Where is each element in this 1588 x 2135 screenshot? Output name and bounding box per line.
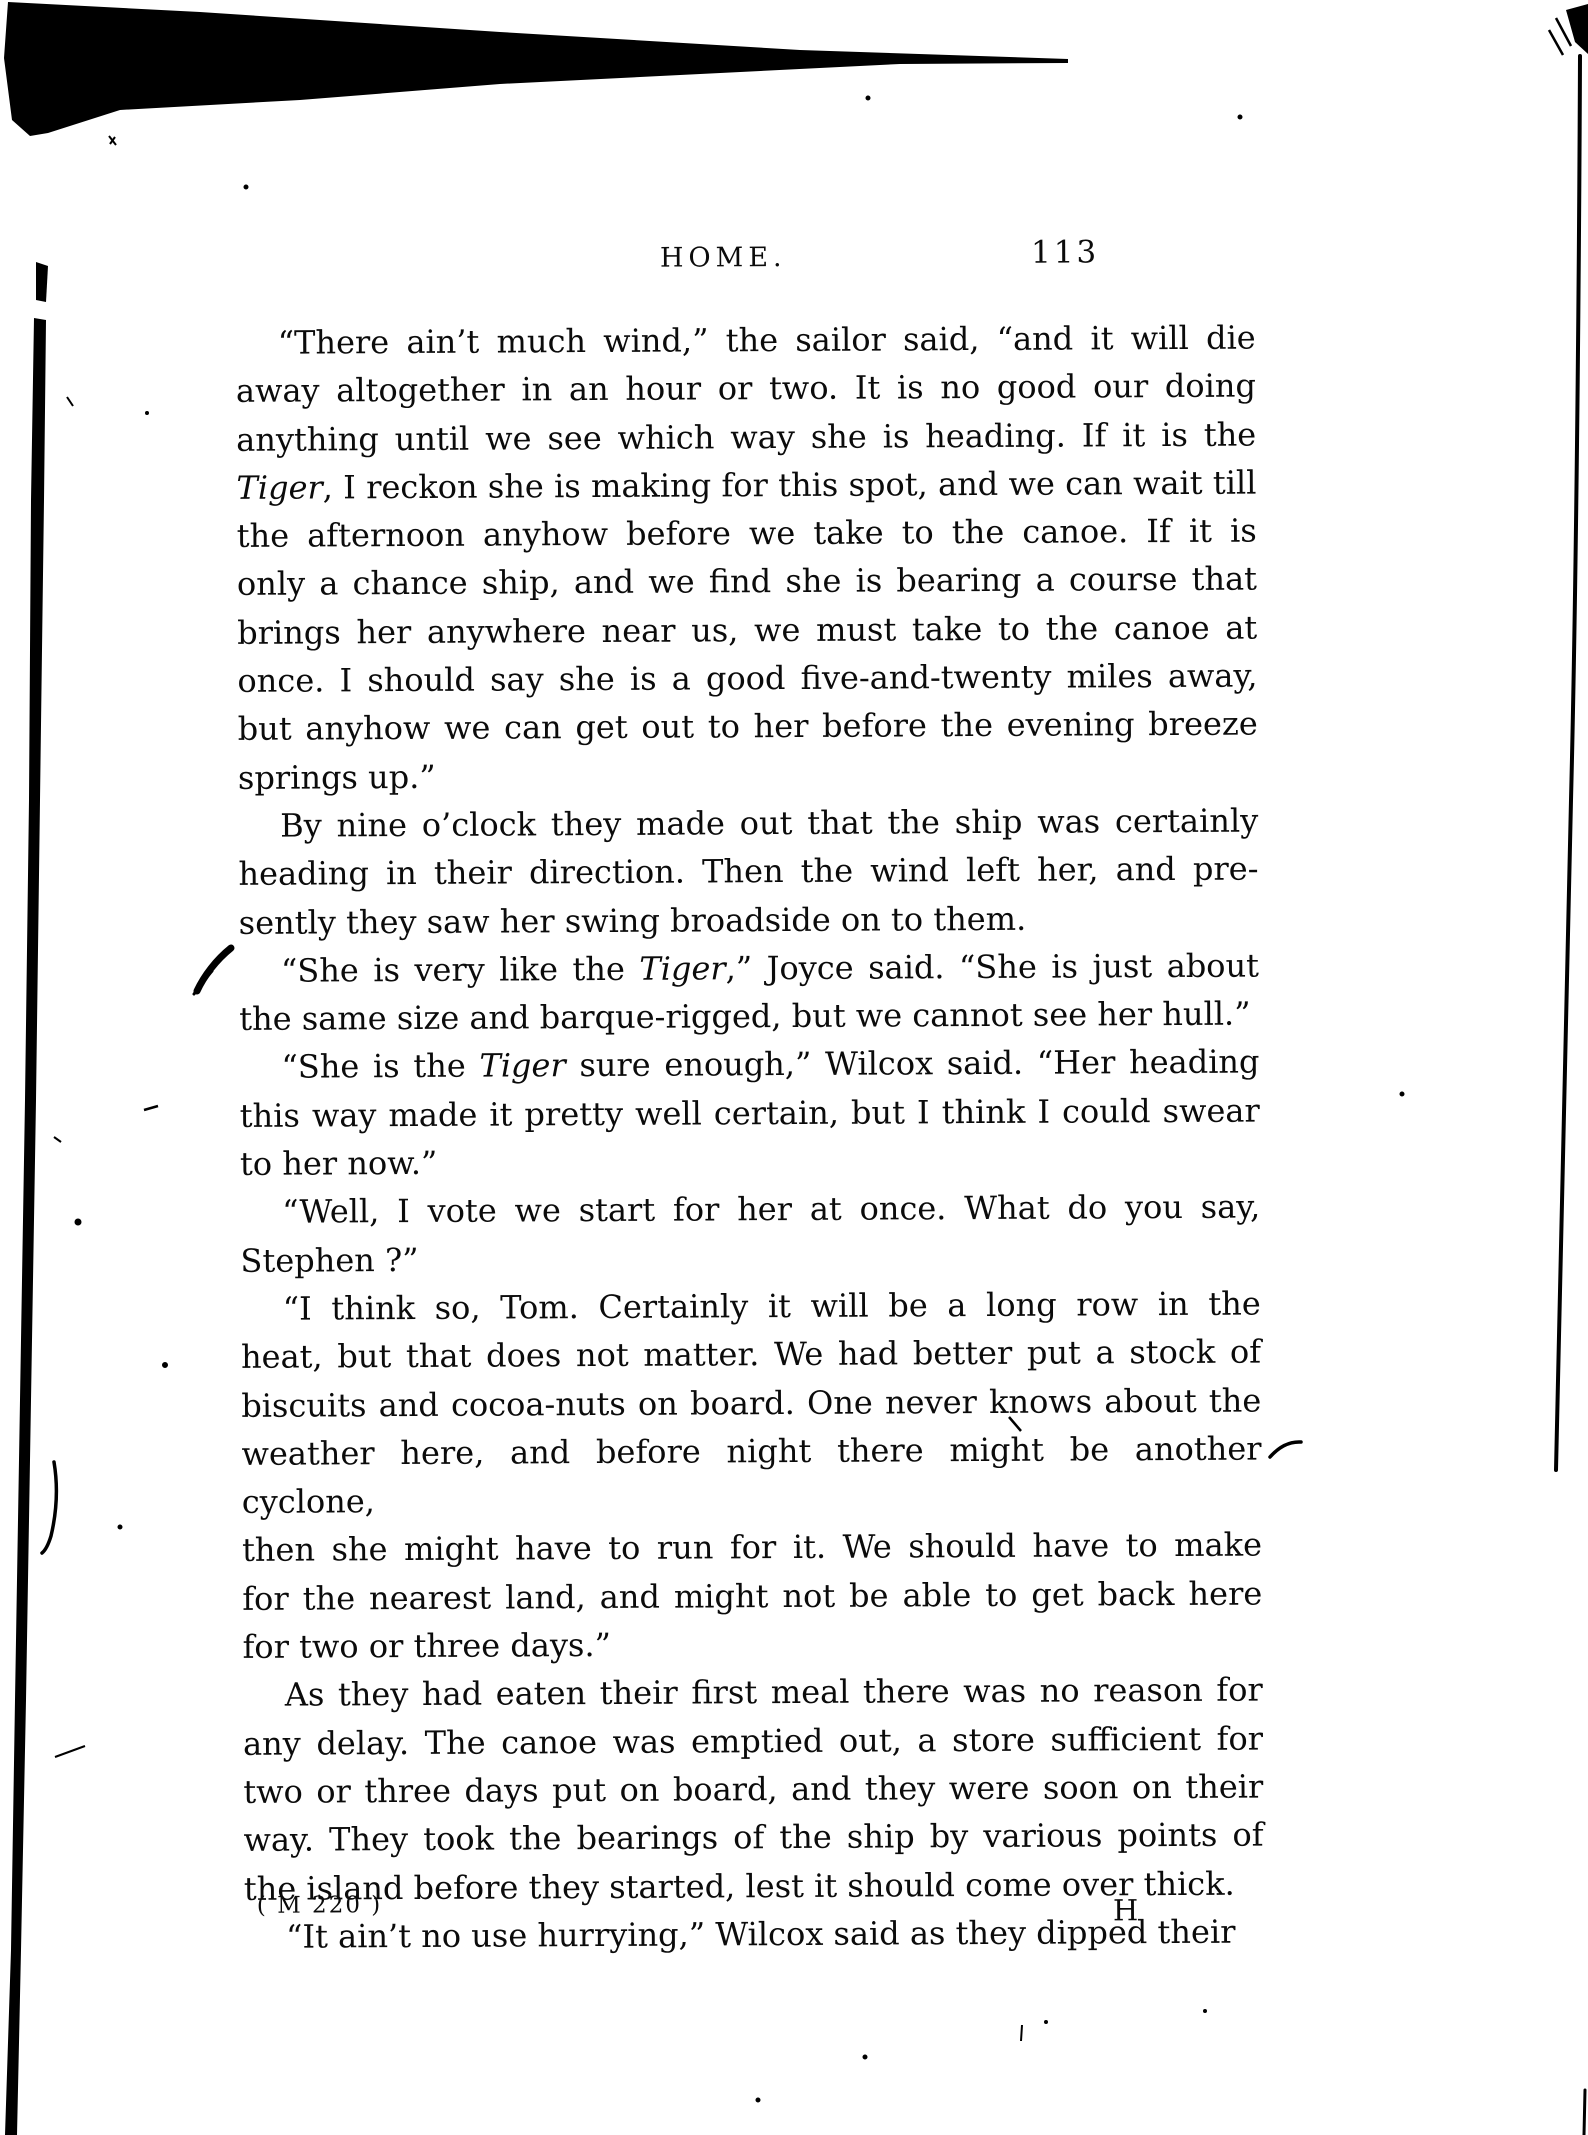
text-line: any delay. The canoe was emptied out, a … [243,1714,1263,1768]
text-line: the island before they started, lest it … [244,1859,1264,1913]
text-line: once. I should say she is a good five-an… [237,652,1257,706]
page-header: HOME. 113 [237,240,1257,291]
text-line: springs up.” [238,748,1258,802]
text-line: “I think so, Tom. Certainly it will be a… [241,1279,1261,1333]
text-line: the same size and barque-rigged, but we … [239,990,1259,1044]
text-line: away altogether in an hour or two. It is… [236,362,1256,416]
paragraph: By nine o’clock they made out that the s… [238,797,1259,947]
text-line: “It ain’t no use hurrying,” Wilcox said … [244,1907,1264,1961]
signature-mark: H [1113,1893,1138,1927]
paragraph: “There ain’t much wind,” the sailor said… [236,314,1259,802]
text-line: heat, but that does not matter. We had b… [241,1328,1261,1382]
text-line: heading in their direction. Then the win… [238,845,1258,899]
text-line: but anyhow we can get out to her before … [238,700,1258,754]
text-line: for the nearest land, and might not be a… [242,1569,1262,1623]
paragraph: “She is very like the Tiger,” Joyce said… [239,941,1259,1043]
paragraph: “It ain’t no use hurrying,” Wilcox said … [244,1907,1264,1961]
text-line: biscuits and cocoa-nuts on board. One ne… [241,1376,1261,1430]
paragraph: “Well, I vote we start for her at once. … [240,1183,1260,1285]
text-line: then she might have to run for it. We sh… [242,1521,1262,1575]
page-content: HOME. 113 “There ain’t much wind,” the s… [0,0,1588,2135]
text-line: weather here, and before night there mig… [241,1424,1261,1526]
text-line: to her now.” [240,1135,1260,1189]
text-line: two or three days put on board, and they… [243,1762,1263,1816]
text-line: only a chance ship, and we find she is b… [237,555,1257,609]
text-line: sently they saw her swing broadside on t… [239,893,1259,947]
text-line: this way made it pretty well certain, bu… [240,1086,1260,1140]
text-line: “She is very like the Tiger,” Joyce said… [239,941,1259,995]
text-line: As they had eaten their first meal there… [243,1666,1263,1720]
text-line: “She is the Tiger sure enough,” Wilcox s… [239,1038,1259,1092]
text-line: brings her anywhere near us, we must tak… [237,603,1257,657]
text-line: By nine o’clock they made out that the s… [238,797,1258,851]
page-body: “There ain’t much wind,” the sailor said… [236,314,1265,1961]
text-line: “Well, I vote we start for her at once. … [240,1183,1260,1237]
text-line: the afternoon anyhow before we take to t… [237,507,1257,561]
text-line: “There ain’t much wind,” the sailor said… [236,314,1256,368]
text-line: Tiger, I reckon she is making for this s… [236,458,1256,512]
text-line: anything until we see which way she is h… [236,410,1256,464]
scanned-book-page: HOME. 113 “There ain’t much wind,” the s… [0,0,1588,2135]
text-line: for two or three days.” [242,1618,1262,1672]
printers-mark: ( M 220 ) [257,1892,382,1919]
text-line: way. They took the bearings of the ship … [243,1811,1263,1865]
paragraph: “I think so, Tom. Certainly it will be a… [241,1279,1263,1671]
text-line: Stephen ?” [240,1231,1260,1285]
paragraph: “She is the Tiger sure enough,” Wilcox s… [239,1038,1260,1188]
page-number: 113 [1031,234,1099,270]
paragraph: As they had eaten their first meal there… [243,1666,1264,1913]
